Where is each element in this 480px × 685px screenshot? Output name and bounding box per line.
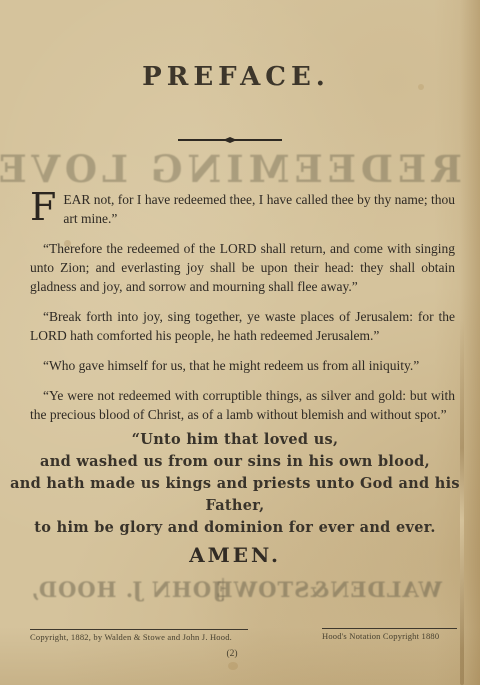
scripture-paragraph: “Who gave himself for us, that he might … (30, 356, 455, 375)
copyright-notice-right: Hood's Notation Copyright 1880 (322, 628, 457, 641)
paragraph-text: EAR not, for I have redeemed thee, I hav… (63, 192, 455, 226)
scripture-text-block: FEAR not, for I have redeemed thee, I ha… (30, 190, 455, 435)
scripture-paragraph: “Break forth into joy, sing together, ye… (30, 307, 455, 345)
amen-text: AMEN. (0, 543, 470, 567)
scripture-paragraph: “Ye were not redeemed with corruptible t… (30, 386, 455, 424)
doxology-line: and hath made us kings and priests unto … (0, 473, 470, 517)
doxology-verse: “Unto him that loved us, and washed us f… (0, 429, 470, 539)
doxology-line: “Unto him that loved us, (0, 429, 470, 451)
bleedthrough-publisher-right: WALDEN&STOWE (228, 577, 442, 602)
doxology-line: to him be glory and dominion for ever an… (0, 517, 470, 539)
page-number: (2) (0, 649, 464, 659)
doxology-line: and washed us from our sins in his own b… (0, 451, 470, 473)
bleedthrough-divider (222, 578, 224, 600)
drop-cap: F (30, 190, 63, 223)
page-title: PREFACE. (0, 62, 472, 92)
copyright-notice-left: Copyright, 1882, by Walden & Stowe and J… (30, 629, 248, 642)
ornamental-divider-rule (178, 139, 282, 141)
bleedthrough-publisher-left: JOHN J. HOOD, (36, 577, 222, 602)
book-page: REDEEMING LOVE JOHN J. HOOD, WALDEN&STOW… (0, 0, 480, 685)
age-spot (228, 662, 238, 670)
scripture-paragraph: FEAR not, for I have redeemed thee, I ha… (30, 190, 455, 228)
bleedthrough-title: REDEEMING LOVE (18, 147, 462, 191)
scripture-paragraph: “Therefore the redeemed of the LORD shal… (30, 239, 455, 296)
